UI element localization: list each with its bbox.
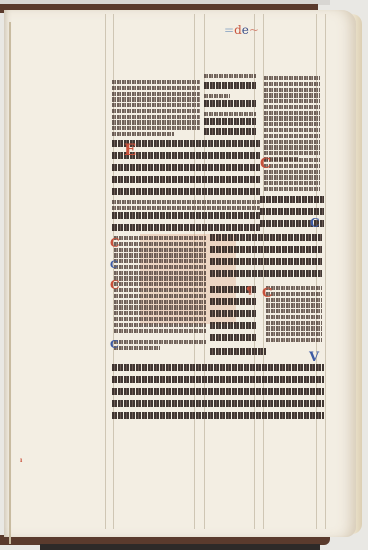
main-text-center-top — [204, 82, 256, 130]
main-text-final-block — [112, 364, 324, 432]
running-head: =de~ — [224, 24, 259, 36]
scan-backdrop-bottom — [40, 544, 320, 550]
initial-blue-left-gloss: C — [110, 260, 118, 271]
gloss-block-right-lower — [266, 286, 322, 348]
red-margin-mark: ı — [20, 457, 22, 464]
gutter-fold — [9, 22, 11, 544]
gloss-block-left-bottom — [114, 340, 206, 354]
main-text-center-line — [204, 128, 256, 138]
initial-red-right-gloss: C — [260, 156, 271, 172]
gloss-line-center-top — [204, 74, 256, 82]
initial-red-right-gloss-lower: C — [262, 286, 272, 301]
initial-c-blue: C — [310, 216, 320, 230]
initial-red-left-gloss-2: C — [110, 278, 120, 292]
ruling-line — [325, 14, 326, 529]
gloss-block-right-mid — [264, 158, 320, 194]
initial-v-blue: V — [309, 350, 319, 365]
manuscript-page: =de~ E C C — [4, 10, 356, 537]
main-text-block-2 — [210, 234, 322, 284]
initial-blue-left-bottom: C — [110, 338, 119, 351]
initial-red-left-gloss-1: C — [110, 236, 120, 250]
running-head-red-letter: d — [234, 23, 242, 37]
main-text-center-end — [210, 348, 266, 360]
red-paraph-center: ¶ — [246, 286, 252, 297]
gloss-block-left-lower — [114, 236, 206, 338]
gloss-block-left-top — [112, 80, 200, 138]
initial-e-red: E — [124, 140, 136, 159]
gloss-block-right-top — [264, 76, 320, 168]
running-head-blue-letter: e — [242, 23, 249, 37]
running-head-tail: ~ — [249, 23, 259, 37]
ruling-line — [105, 14, 106, 529]
running-head-prefix: = — [224, 23, 234, 37]
